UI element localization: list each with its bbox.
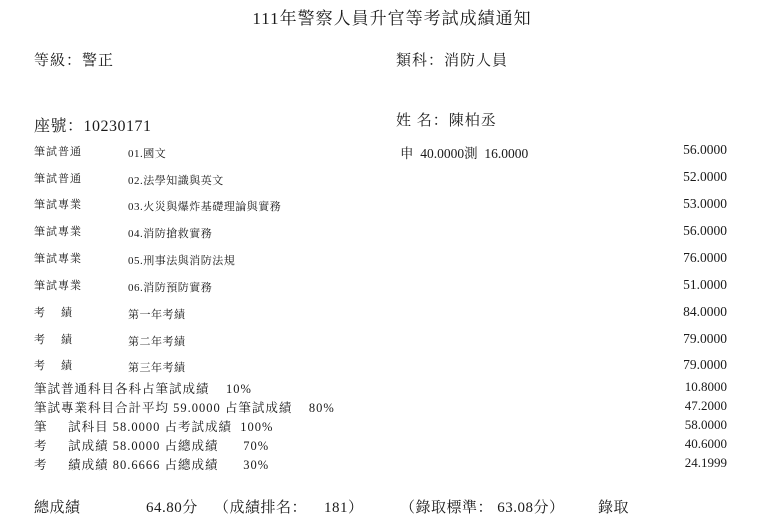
seat-field: 座號：10230171 (34, 113, 152, 136)
subject-score: 51.0000 (607, 277, 727, 293)
seat-label: 座號： (34, 118, 84, 135)
subject-score: 56.0000 (607, 223, 727, 239)
seat-number: 10230171 (84, 118, 152, 135)
subject-score: 56.0000 (607, 142, 727, 158)
subject-type: 考 績 (34, 331, 73, 347)
category-label: 類科： (396, 53, 444, 69)
subject-type: 筆試專業 (34, 196, 82, 212)
summary-text: 考 績成績 80.6666 占總成績 30% (34, 455, 269, 473)
subject-name: 01.國文 (128, 145, 166, 161)
subject-type: 筆試普通 (34, 170, 82, 186)
name-field: 姓 名：陳柏丞 (396, 109, 497, 130)
subject-name: 05.刑事法與消防法規 (128, 252, 235, 268)
subject-name: 04.消防搶救實務 (128, 225, 212, 241)
category-value: 消防人員 (444, 53, 508, 69)
summary-text: 筆試專業科目合計平均 59.0000 占筆試成績 80% (34, 398, 335, 416)
subject-score: 84.0000 (607, 304, 727, 320)
subject-name: 第二年考績 (128, 333, 186, 349)
subject-name: 06.消防預防實務 (128, 279, 212, 295)
grade-value: 警正 (82, 53, 114, 69)
subject-type: 筆試專業 (34, 223, 82, 239)
summary-text: 筆試普通科目各科占筆試成績 10% (34, 379, 252, 397)
page-title: 111年警察人員升官等考試成績通知 (0, 4, 784, 29)
subject-type: 筆試普通 (34, 143, 82, 159)
subject-name: 03.火災與爆炸基礎理論與實務 (128, 198, 281, 214)
admission-threshold: （錄取標準： 63.08分） (400, 496, 565, 517)
subject-type: 筆試專業 (34, 250, 82, 266)
admission-result: 錄取 (598, 496, 629, 517)
subject-type: 考 績 (34, 357, 73, 373)
subject-type: 考 績 (34, 304, 73, 320)
summary-value: 10.8000 (607, 379, 727, 395)
subject-name: 第一年考績 (128, 306, 186, 322)
name-label: 姓 名： (396, 113, 449, 129)
summary-value: 47.2000 (607, 398, 727, 414)
subject-score: 76.0000 (607, 250, 727, 266)
subject-score: 53.0000 (607, 196, 727, 212)
grade-field: 等級：警正 (34, 49, 114, 70)
subject-score: 79.0000 (607, 331, 727, 347)
subject-subscores: 申 40.0000測 16.0000 (400, 142, 528, 162)
grade-label: 等級： (34, 53, 82, 69)
subject-score: 52.0000 (607, 169, 727, 185)
name-value: 陳柏丞 (449, 113, 497, 129)
total-label: 總成績 (34, 496, 81, 517)
summary-text: 筆 試科目 58.0000 占考試成績 100% (34, 417, 273, 435)
subject-score: 79.0000 (607, 357, 727, 373)
total-score: 64.80分 (146, 496, 198, 517)
subject-type: 筆試專業 (34, 277, 82, 293)
rank-text: （成績排名： 181） (214, 496, 364, 517)
subject-name: 02.法學知識與英文 (128, 172, 224, 188)
summary-value: 24.1999 (607, 455, 727, 471)
summary-text: 考 試成績 58.0000 占總成績 70% (34, 436, 269, 454)
category-field: 類科：消防人員 (396, 49, 508, 70)
summary-value: 58.0000 (607, 417, 727, 433)
subject-name: 第三年考績 (128, 359, 186, 375)
summary-value: 40.6000 (607, 436, 727, 452)
